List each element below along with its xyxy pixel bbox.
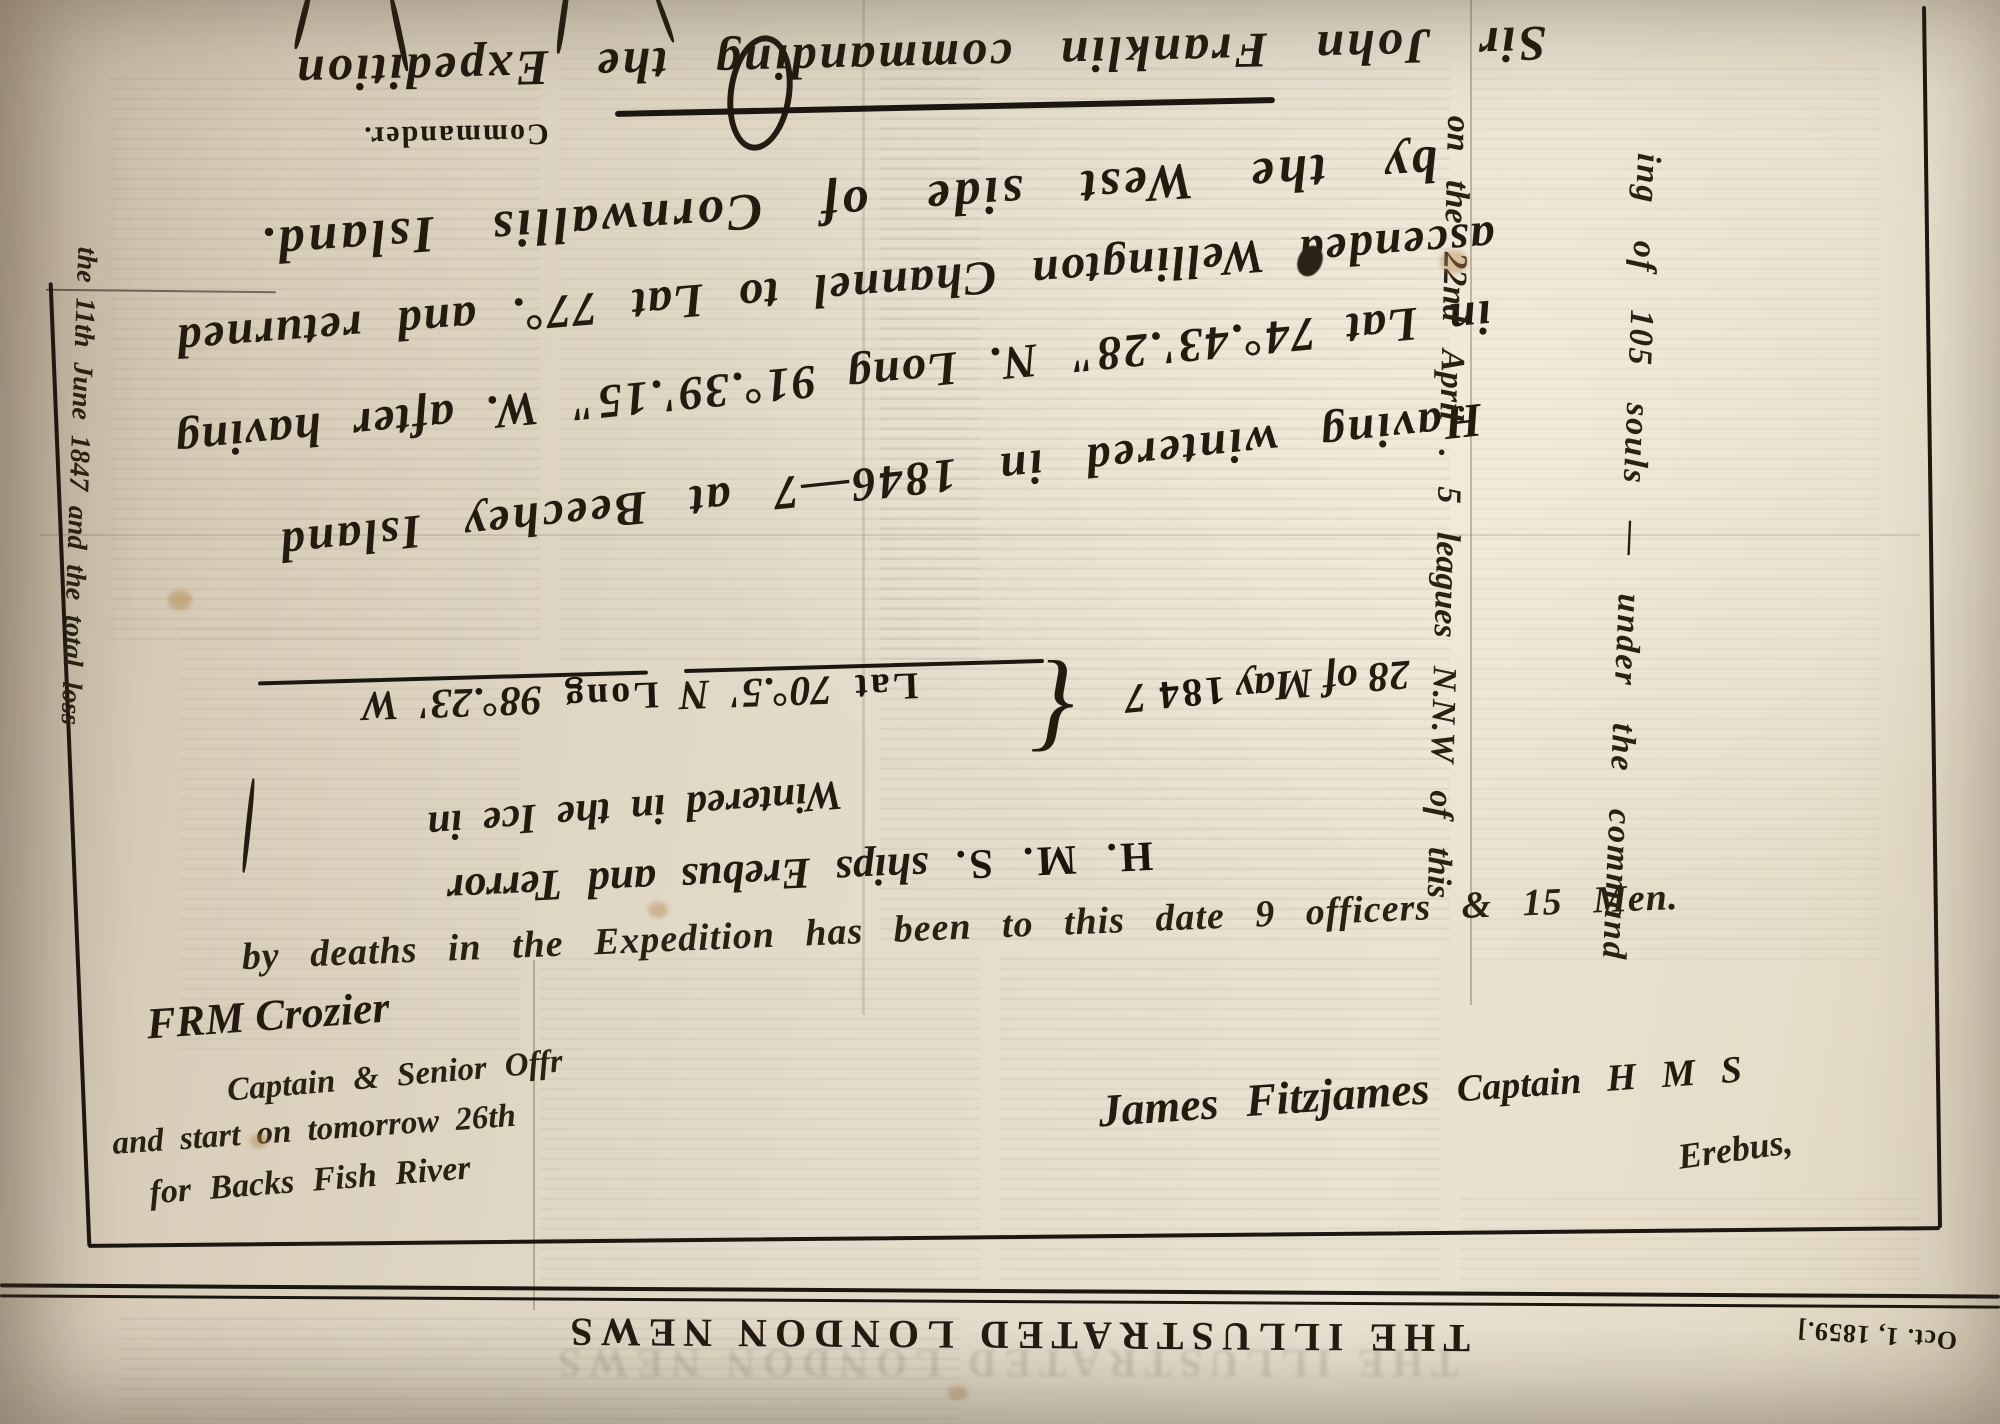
fitzjames-ship: Erebus, — [1628, 1114, 1842, 1185]
year-written: 7 — [1123, 674, 1148, 722]
scanned-newspaper-page: Sir John Franklin commanding the Expedit… — [0, 0, 2000, 1424]
long-printed-label: Long — [561, 673, 659, 718]
lat-value: 70°.5' N — [678, 666, 832, 717]
date-line: 28 of May 184 7 — [1094, 647, 1442, 725]
foxing-spot — [168, 590, 192, 610]
crozier-signature: FRM Crozier — [127, 980, 410, 1050]
fitzjames-signature: James Fitzjames — [1097, 1062, 1431, 1136]
cut-off-pen-strokes — [293, 0, 314, 50]
fitzjames-signature-line: James Fitzjames Captain H M S — [1024, 1035, 1816, 1143]
date-written: 28 of May — [1234, 651, 1412, 712]
facsimile-border-right — [1922, 6, 1942, 1228]
brace-stroke — [241, 778, 256, 873]
commander-printed-label: Commander. — [348, 116, 564, 154]
latlong-line: Lat 70°.5' N Long 98°.23' W — [234, 658, 1045, 734]
masthead: THE ILLUSTRATED LONDON NEWS — [610, 1309, 1470, 1362]
long-value: 98°.23' W — [361, 676, 543, 728]
lat-printed-label: Lat — [852, 664, 919, 708]
issue-date: Oct. 1, 1859.] — [1781, 1313, 1973, 1356]
franklin-underline — [615, 97, 1275, 117]
wintered-line: Wintered in the Ice in — [374, 766, 896, 854]
column-rule-bleed — [533, 960, 535, 1310]
margin-right-outer-line: ing of 105 souls — under the command — [1587, 4, 1673, 1110]
crozier-rank-line: Captain & Senior Offr — [214, 1042, 576, 1110]
facsimile-border-bottom — [88, 1226, 1940, 1248]
year-printed-label: 184 — [1155, 668, 1228, 719]
newsprint-bleed-through — [1470, 60, 1880, 960]
franklin-line: Sir John Franklin commanding the Expedit… — [279, 14, 1560, 103]
ships-written: ships Erebus and Terror — [446, 843, 930, 915]
newsprint-bleed-through — [540, 950, 980, 1280]
foxing-spot — [948, 1386, 968, 1400]
hms-printed-label: H. M. S. — [952, 832, 1154, 887]
newsprint-bleed-through — [1460, 1190, 1920, 1300]
